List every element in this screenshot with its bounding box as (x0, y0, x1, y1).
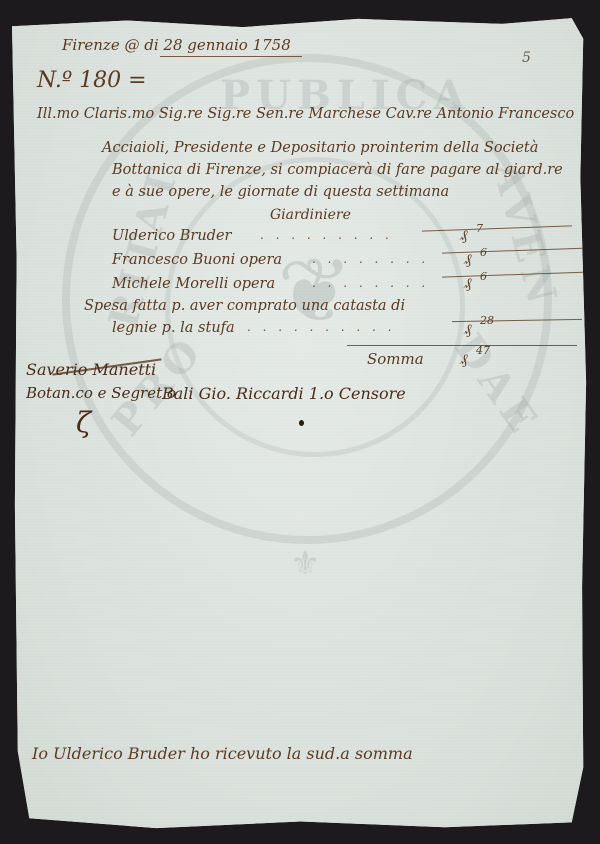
entry-dots: . . . . . . . . . (260, 228, 393, 242)
manuscript-page: PUBLICA PRO DAE RITAT AVEN ❦ ⚜ Firenze @… (12, 14, 589, 833)
page-number: 5 (522, 50, 531, 66)
expense-dots: . . . . . . . . . . (247, 320, 395, 334)
entry-currency: ₰ (460, 226, 468, 245)
total-label: Somma (367, 350, 424, 368)
date-line: Firenze @ di 28 gennaio 1758 (62, 36, 291, 54)
entry-dots: . . . . . . . . (312, 276, 429, 290)
order-number: N.º 180 = (37, 68, 147, 93)
entry-name: Michele Morelli opera (112, 276, 275, 292)
entry-amount: 7 (476, 222, 483, 235)
body-line-3: e à sue opere, le giornate di questa set… (112, 184, 449, 200)
entry-name: Francesco Buoni opera (112, 252, 282, 268)
entry-dots: . . . . . . . . (312, 252, 429, 266)
entry-name: Ulderico Bruder (112, 228, 231, 244)
section-heading: Giardiniere (270, 207, 351, 223)
signature-left-title: Botan.co e Segret.o (26, 384, 176, 402)
watermark-side-right-text: AVEN (483, 157, 567, 314)
expense-line-2: legnie p. la stufa (112, 320, 235, 336)
signature-right: Bali Gio. Riccardi 1.o Censore (162, 384, 406, 403)
total-amount: 47 (476, 344, 490, 357)
date-underline (160, 56, 302, 57)
entry-amount: 6 (480, 270, 487, 283)
entry-amount: 6 (480, 246, 487, 259)
body-line-1: Acciaioli, Presidente e Depositario proi… (102, 140, 538, 156)
expense-line-1: Spesa fatta p. aver comprato una catasta… (84, 298, 405, 314)
watermark-right-text: DAE (445, 325, 549, 446)
expense-currency: ₰ (464, 320, 472, 339)
fleur-de-lis-icon: ⚜ (290, 544, 320, 584)
body-line-2: Bottanica di Firenze, si compiacerà di f… (112, 162, 563, 178)
ink-blot (299, 420, 304, 426)
signature-left-mark: ζ (76, 406, 91, 439)
signature-left-name: Saverio Manetti (26, 360, 156, 379)
entry-currency: ₰ (464, 250, 472, 269)
receipt-line: Io Ulderico Bruder ho ricevuto la sud.a … (32, 744, 413, 763)
total-rule (347, 345, 577, 346)
watermark-emblem-icon: ❦ (270, 232, 360, 352)
total-currency: ₰ (460, 350, 468, 369)
salutation: Ill.mo Claris.mo Sig.re Sig.re Sen.re Ma… (37, 106, 574, 122)
expense-amount: 28 (480, 314, 494, 327)
entry-currency: ₰ (464, 274, 472, 293)
